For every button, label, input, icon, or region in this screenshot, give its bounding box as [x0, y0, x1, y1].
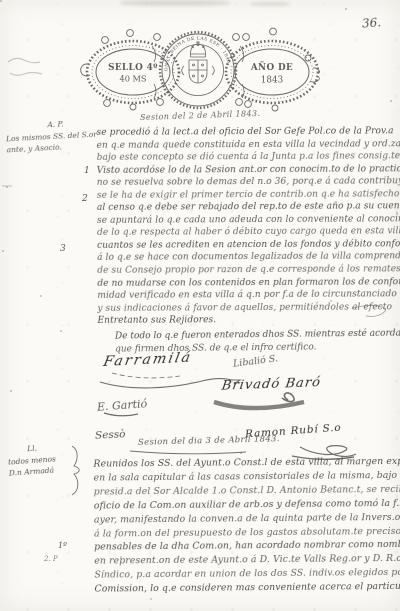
signature-secretary: Ramon Rubí S.o — [245, 422, 342, 441]
stamp-royal-seal — [160, 32, 236, 108]
tax-stamp-seal: SELLO 4º 40 MS AÑO DE 1843 ISAB. 2.A P. … — [80, 26, 320, 120]
handwritten-line: Entretanto sus Rejidores. — [97, 313, 400, 327]
heading-underline — [130, 451, 246, 454]
signature-rubric — [214, 402, 304, 408]
handwritten-line: Comission, lo q.e consideren mas conveni… — [94, 580, 400, 597]
stamp-year-label: AÑO DE — [250, 61, 293, 73]
stamp-price-label: 40 MS — [119, 74, 146, 84]
signature-regidor-note: Libalió S. — [232, 353, 278, 369]
margin-note-line: D.n Armadá — [8, 464, 57, 479]
session2-body-text: Reunidos los SS. del Ayunt.o Const.l de … — [93, 454, 400, 596]
session1-body-text: se procedió á la lect.a del oficio del S… — [96, 125, 400, 327]
signature-rubric — [100, 379, 232, 388]
signature-sindico: E. Gartió — [97, 397, 148, 413]
margin-brace — [72, 446, 79, 495]
margin-item-number: 1º — [58, 541, 67, 550]
ink-bleedthrough — [120, 0, 230, 6]
coat-of-arms-icon — [182, 60, 215, 83]
margin-item-number: 2 — [82, 194, 88, 204]
crown-icon — [191, 41, 206, 57]
session2-marginal-word: Sessò — [95, 428, 126, 442]
signature-regidor: Brivadó Baró — [221, 375, 322, 393]
session2-attendees-margin-note: Ll. todos menos D.n Armadá — [7, 441, 57, 479]
signature-rubric — [282, 393, 294, 402]
signature-alcalde: Farramilá — [102, 350, 194, 371]
manuscript-page: 36. — [0, 0, 400, 611]
stamp-class-label: SELLO 4º — [108, 63, 158, 73]
ink-bleedthrough — [250, 2, 290, 6]
paper-specks — [0, 0, 2, 2]
signature-rubric — [104, 413, 138, 416]
stamp-year-value: 1843 — [261, 76, 283, 86]
signature-rubric — [112, 373, 180, 378]
session1-margin-note: A. P. Los mismos SS. del S.or ante, y As… — [5, 117, 98, 156]
margin-item-number: 2. P — [44, 555, 58, 563]
margin-item-number: 3 — [60, 244, 66, 254]
page-number: 36. — [362, 15, 382, 30]
margin-item-number: 1 — [84, 166, 90, 176]
